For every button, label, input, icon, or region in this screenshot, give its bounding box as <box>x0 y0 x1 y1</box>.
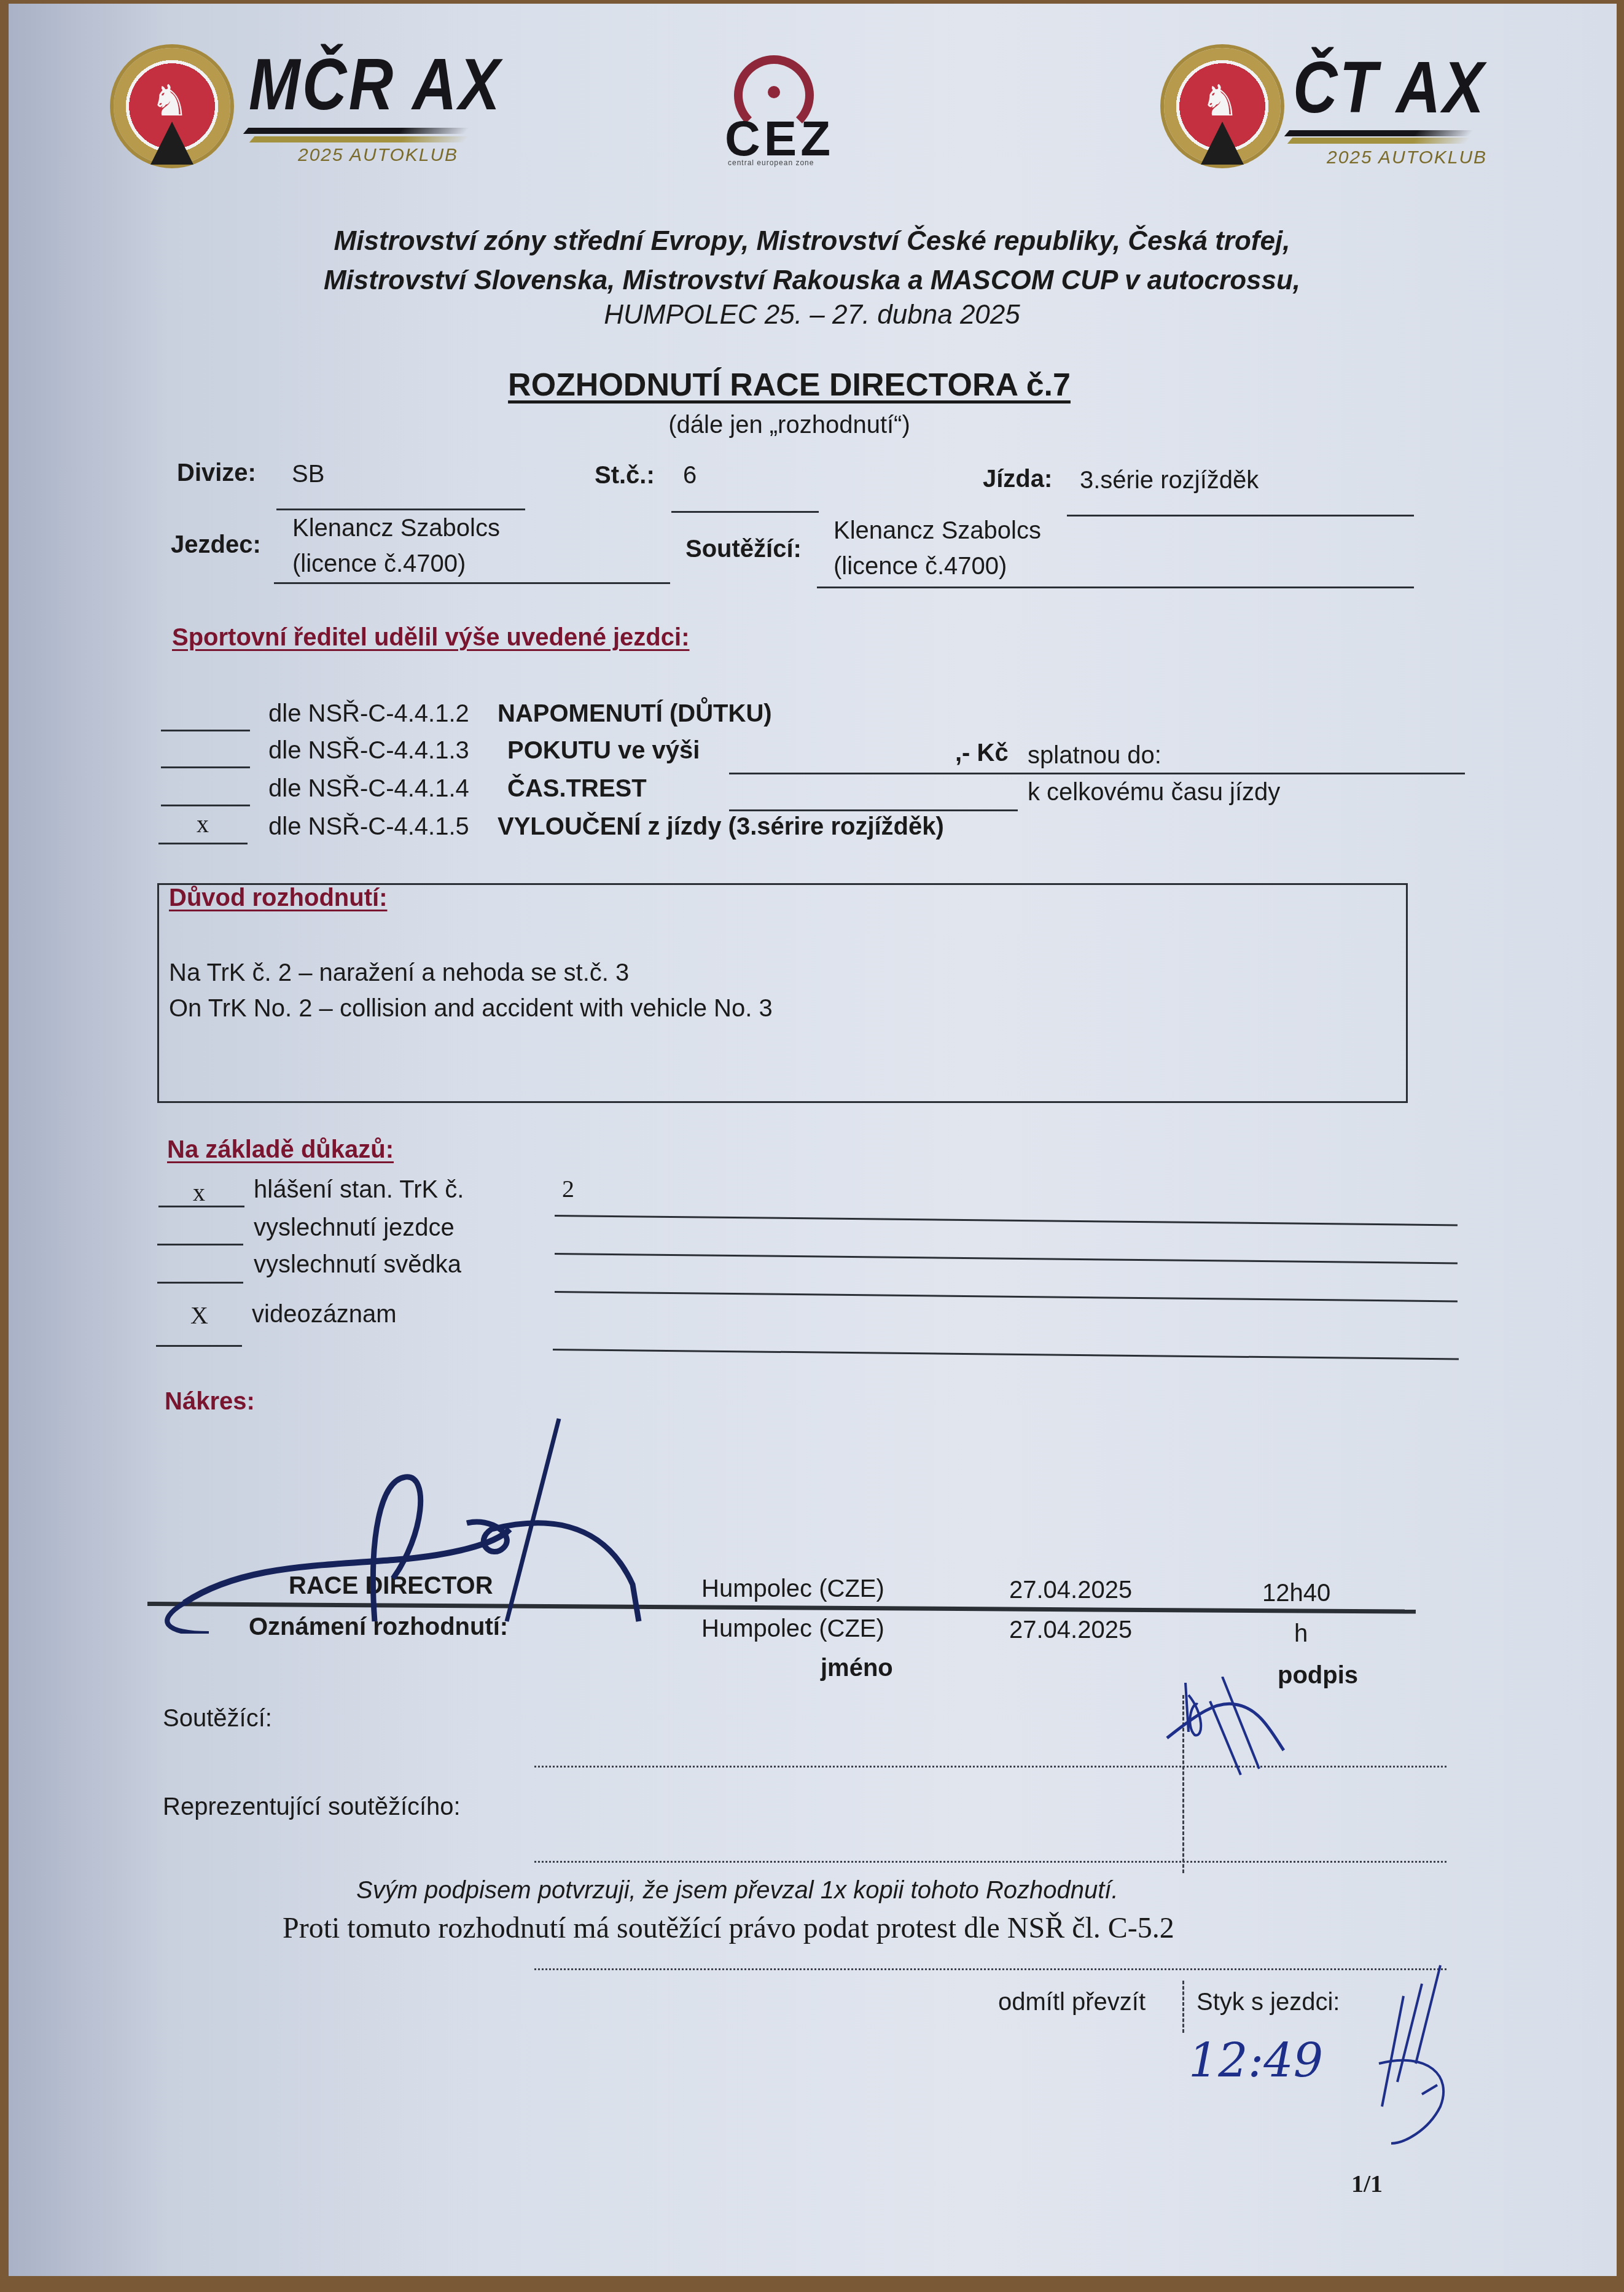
document-subtitle: (dále jen „rozhodnutí“) <box>0 411 1579 439</box>
logo-subtitle: 2025 AUTOKLUB <box>1327 147 1487 168</box>
contact-signature <box>1330 1959 1465 2156</box>
race-director-date: 27.04.2025 <box>1009 1577 1132 1604</box>
race-director-signature <box>147 1400 700 1634</box>
penalty-checkbox[interactable] <box>161 766 250 768</box>
penalty-label: VYLOUČENÍ z jízdy (3.sérire rozjížděk) <box>498 813 944 841</box>
protest-text: Proti tomuto rozhodnutí má soutěžící prá… <box>283 1911 1174 1945</box>
penalties-heading: Sportovní ředitel udělil výše uvedené je… <box>172 624 689 652</box>
protest-divider <box>534 1968 1446 1970</box>
time-penalty-note: k celkovému času jízdy <box>1028 779 1280 806</box>
jizda-value: 3.série rozjížděk <box>1080 467 1259 494</box>
soutezici-name: Klenancz Szabolcs <box>833 517 1041 545</box>
soutezici-label: Soutěžící: <box>685 536 802 563</box>
evidence-label: videozáznam <box>252 1301 397 1328</box>
contact-divider <box>1182 1981 1184 2033</box>
autoklub-seal-icon: ♞ <box>114 48 230 165</box>
jizda-label: Jízda: <box>983 466 1052 493</box>
evidence-checkbox[interactable] <box>156 1345 242 1347</box>
penalty-label: ČAS.TREST <box>507 775 647 803</box>
penalty-checkbox[interactable] <box>161 805 250 806</box>
penalty-label: NAPOMENUTÍ (DŮTKU) <box>498 700 772 728</box>
competitor-signature <box>1161 1677 1382 1793</box>
name-column-label: jméno <box>821 1655 893 1682</box>
representative-name-field[interactable] <box>534 1861 1446 1863</box>
reason-box <box>157 883 1408 1103</box>
fine-amount-field[interactable] <box>729 773 1465 774</box>
due-date-label: splatnou do: <box>1028 742 1161 770</box>
evidence-value: 2 <box>562 1174 574 1203</box>
logo-title: MČR AX <box>249 43 502 127</box>
reason-line-cz: Na TrK č. 2 – naražení a nehoda se st.č.… <box>169 959 629 987</box>
divize-label: Divize: <box>177 459 256 487</box>
event-place-date: HUMPOLEC 25. – 27. dubna 2025 <box>0 300 1624 330</box>
currency-label: ,- Kč <box>955 739 1009 767</box>
penalty-mark: x <box>197 809 209 838</box>
stc-label: St.č.: <box>595 462 655 489</box>
evidence-heading: Na základě důkazů: <box>167 1136 394 1164</box>
evidence-checkbox[interactable] <box>157 1244 243 1245</box>
jezdec-licence: (licence č.4700) <box>292 550 466 578</box>
evidence-label: hlášení stan. TrK č. <box>254 1176 464 1204</box>
reason-line-en: On TrK No. 2 – collision and accident wi… <box>169 995 773 1023</box>
penalty-checkbox[interactable] <box>158 843 248 844</box>
contact-label: Styk s jezdci: <box>1197 1989 1340 2016</box>
competitor-label: Soutěžící: <box>163 1705 272 1733</box>
confirmation-text: Svým podpisem potvrzuji, že jsem převzal… <box>356 1877 1118 1904</box>
stc-value: 6 <box>683 462 697 489</box>
handwritten-contact-time: 12:49 <box>1189 2033 1323 2087</box>
evidence-label: vyslechnutí jezdce <box>254 1214 455 1242</box>
divize-value: SB <box>292 461 324 488</box>
logo-subtitle: central european zone <box>728 158 814 167</box>
evidence-mark: X <box>190 1301 208 1330</box>
evidence-checkbox[interactable] <box>157 1282 243 1284</box>
event-line-2: Mistrovství Slovenska, Mistrovství Rakou… <box>0 265 1624 296</box>
race-director-time: 12h40 <box>1262 1580 1330 1607</box>
page-number: 1/1 <box>1351 2169 1383 2198</box>
penalty-checkbox[interactable] <box>161 730 250 731</box>
race-director-place: Humpolec (CZE) <box>701 1575 884 1603</box>
document-title: ROZHODNUTÍ RACE DIRECTORA č.7 <box>0 367 1579 403</box>
event-line-1: Mistrovství zóny střední Evropy, Mistrov… <box>0 226 1624 257</box>
refused-label[interactable]: odmítl převzít <box>998 1989 1146 2016</box>
evidence-mark: x <box>193 1178 205 1207</box>
announcement-date: 27.04.2025 <box>1009 1616 1132 1644</box>
penalty-rule: dle NSŘ-C-4.4.1.4 <box>268 775 469 803</box>
jezdec-label: Jezdec: <box>171 531 261 559</box>
lion-icon: ♞ <box>1201 76 1239 126</box>
penalty-rule: dle NSŘ-C-4.4.1.5 <box>268 813 469 841</box>
penalty-rule: dle NSŘ-C-4.4.1.2 <box>268 700 469 728</box>
reason-heading: Důvod rozhodnutí: <box>169 884 387 912</box>
penalty-rule: dle NSŘ-C-4.4.1.3 <box>268 737 469 765</box>
evidence-checkbox[interactable] <box>158 1206 244 1207</box>
soutezici-licence: (licence č.4700) <box>833 553 1007 580</box>
penalty-label: POKUTU ve výši <box>507 737 700 765</box>
representative-label: Reprezentující soutěžícího: <box>163 1793 461 1821</box>
autoklub-seal-icon: ♞ <box>1164 48 1281 165</box>
lion-icon: ♞ <box>150 76 189 126</box>
logo-title: ČT AX <box>1293 46 1486 130</box>
logo-subtitle: 2025 AUTOKLUB <box>298 145 458 166</box>
time-penalty-field[interactable] <box>729 809 1018 811</box>
announcement-place: Humpolec (CZE) <box>701 1615 884 1643</box>
evidence-label: vyslechnutí svědka <box>254 1251 461 1279</box>
jezdec-name: Klenancz Szabolcs <box>292 515 500 542</box>
announcement-time: h <box>1294 1620 1308 1648</box>
